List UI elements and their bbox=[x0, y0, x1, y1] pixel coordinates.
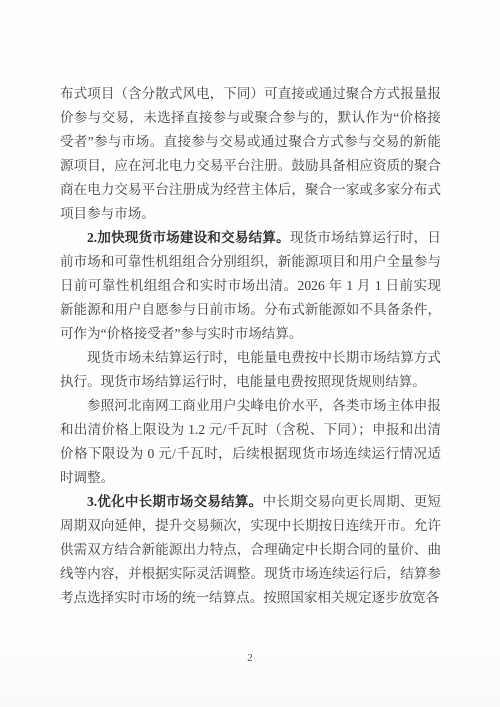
paragraph-text: 中长期交易向更长周期、更短周期双向延伸，提升交易频次，实现中长期按日连续开市。允… bbox=[60, 494, 441, 605]
paragraph-text: 现货市场结算运行时，日前市场和可靠性机组组合分别组织，新能源项目和用户全量参与日… bbox=[60, 230, 441, 341]
paragraph-text: 布式项目（含分散式风电，下同）可直接或通过聚合方式报量报价参与交易，未选择直接参… bbox=[60, 86, 441, 221]
paragraph: 3.优化中长期市场交易结算。中长期交易向更长周期、更短周期双向延伸，提升交易频次… bbox=[60, 490, 441, 610]
paragraph-text: 现货市场未结算运行时，电能量电费按中长期市场结算方式执行。现货市场结算运行时，电… bbox=[60, 350, 441, 389]
paragraph: 参照河北南网工商业用户尖峰电价水平，各类市场主体申报和出清价格上限设为 1.2 … bbox=[60, 394, 441, 490]
body-text: 布式项目（含分散式风电，下同）可直接或通过聚合方式报量报价参与交易，未选择直接参… bbox=[60, 82, 441, 610]
page-number: 2 bbox=[0, 652, 500, 664]
paragraph: 现货市场未结算运行时，电能量电费按中长期市场结算方式执行。现货市场结算运行时，电… bbox=[60, 346, 441, 394]
paragraph-lead: 3.优化中长期市场交易结算。 bbox=[87, 494, 262, 509]
paragraph: 2.加快现货市场建设和交易结算。现货市场结算运行时，日前市场和可靠性机组组合分别… bbox=[60, 226, 441, 346]
paragraph-lead: 2.加快现货市场建设和交易结算。 bbox=[87, 230, 290, 245]
paragraph-text: 参照河北南网工商业用户尖峰电价水平，各类市场主体申报和出清价格上限设为 1.2 … bbox=[60, 398, 441, 485]
paragraph: 布式项目（含分散式风电，下同）可直接或通过聚合方式报量报价参与交易，未选择直接参… bbox=[60, 82, 441, 226]
document-page: 布式项目（含分散式风电，下同）可直接或通过聚合方式报量报价参与交易，未选择直接参… bbox=[0, 0, 500, 707]
